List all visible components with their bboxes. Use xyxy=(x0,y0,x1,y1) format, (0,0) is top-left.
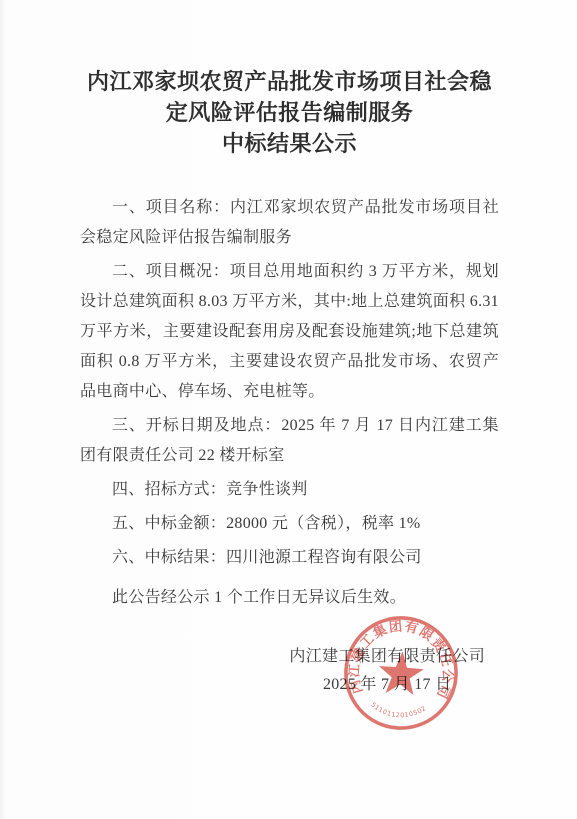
document-title: 内江邓家坝农贸产品批发市场项目社会稳 定风险评估报告编制服务 中标结果公示 xyxy=(80,66,499,159)
paragraph-effective-notice: 此公告经公示 1 个工作日无异议后生效。 xyxy=(80,583,499,613)
paragraph-tender-method: 四、招标方式：竞争性谈判 xyxy=(80,475,499,505)
paragraph-bid-opening: 三、开标日期及地点：2025 年 7 月 17 日内江建工集团有限责任公司 22… xyxy=(80,411,499,471)
signature-company: 内江建工集团有限责任公司 xyxy=(289,643,485,671)
paragraph-award-result: 六、中标结果：四川池源工程咨询有限公司 xyxy=(80,543,499,573)
title-line-3: 中标结果公示 xyxy=(80,128,499,159)
document-body: 一、项目名称：内江邓家坝农贸产品批发市场项目社会稳定风险评估报告编制服务 二、项… xyxy=(80,193,499,613)
document-page: 内江邓家坝农贸产品批发市场项目社会稳 定风险评估报告编制服务 中标结果公示 一、… xyxy=(0,0,577,819)
paragraph-award-amount: 五、中标金额：28000 元（含税），税率 1% xyxy=(80,509,499,539)
seal-serial-number: 5110112010502 xyxy=(369,700,429,721)
document-content: 内江邓家坝农贸产品批发市场项目社会稳 定风险评估报告编制服务 中标结果公示 一、… xyxy=(80,66,499,699)
title-line-2: 定风险评估报告编制服务 xyxy=(80,97,499,128)
paragraph-project-name: 一、项目名称：内江邓家坝农贸产品批发市场项目社会稳定风险评估报告编制服务 xyxy=(80,193,499,253)
paragraph-project-overview: 二、项目概况：项目总用地面积约 3 万平方米，规划设计总建筑面积 8.03 万平… xyxy=(80,257,499,407)
title-line-1: 内江邓家坝农贸产品批发市场项目社会稳 xyxy=(80,66,499,97)
signature-block: 内江建工集团有限责任公司 2025 年 7 月 17 日 xyxy=(289,643,485,699)
signature-date: 2025 年 7 月 17 日 xyxy=(289,671,485,699)
